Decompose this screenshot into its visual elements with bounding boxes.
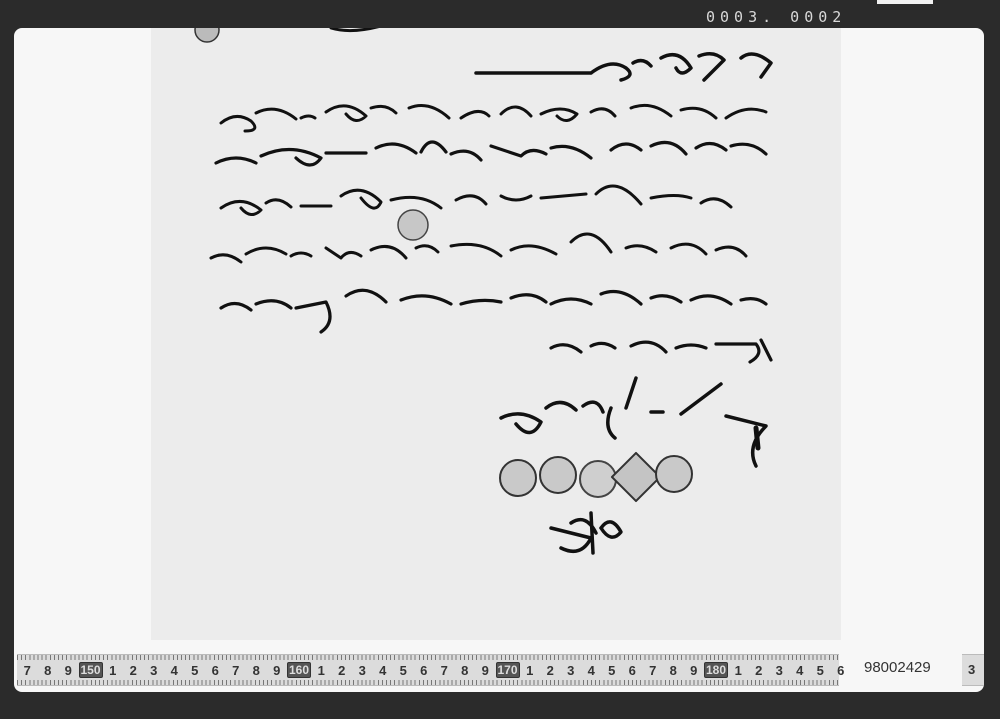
ruler-major-label: 180	[704, 662, 728, 678]
ruler-label: 2	[332, 663, 353, 678]
ruler-label: 6	[414, 663, 435, 678]
ruler-label: 3	[144, 663, 165, 678]
seal-icon	[195, 28, 219, 42]
seal-icon	[612, 453, 660, 501]
ruler-label: 8	[246, 663, 267, 678]
accession-number: 98002429	[864, 659, 931, 676]
ruler-label: 5	[810, 663, 831, 678]
ruler-label: 3	[352, 663, 373, 678]
ruler-label: 9	[58, 663, 79, 678]
ruler-label: 1	[311, 663, 332, 678]
ruler-label: 3	[561, 663, 582, 678]
ruler-label: 1	[728, 663, 749, 678]
ruler-label: 5	[185, 663, 206, 678]
ruler-label: 6	[831, 663, 852, 678]
ruler-label: 8	[38, 663, 59, 678]
ruler-label: 4	[581, 663, 602, 678]
ruler-label: 2	[123, 663, 144, 678]
measurement-ruler: 7 8 9 150 1 2 3 4 5 6 7 8 9 160 1 2 3 4 …	[17, 654, 839, 686]
ruler-label: 5	[393, 663, 414, 678]
seal-icon	[656, 456, 692, 492]
film-edge-tab	[877, 0, 933, 4]
seal-icon	[500, 460, 536, 496]
ruler-label: 9	[475, 663, 496, 678]
ruler-label: 1	[103, 663, 124, 678]
ruler-label: 7	[434, 663, 455, 678]
seal-icon	[398, 210, 428, 240]
ruler-labels: 7 8 9 150 1 2 3 4 5 6 7 8 9 160 1 2 3 4 …	[17, 661, 851, 679]
ruler-ticks-top	[17, 655, 839, 660]
ruler-label: 7	[643, 663, 664, 678]
frame-number: 0003. 0002	[706, 8, 846, 26]
ruler-label: 2	[540, 663, 561, 678]
ruler-label: 7	[17, 663, 38, 678]
ruler-major-label: 170	[496, 662, 520, 678]
ruler-ticks-bottom	[17, 680, 839, 685]
ruler-label: 8	[663, 663, 684, 678]
ruler-label: 9	[267, 663, 288, 678]
ruler-label: 1	[520, 663, 541, 678]
manuscript-page	[151, 28, 841, 640]
ruler-label: 7	[226, 663, 247, 678]
ruler-label: 4	[790, 663, 811, 678]
ruler-label: 5	[602, 663, 623, 678]
seal-icon	[580, 461, 616, 497]
ruler-label: 8	[455, 663, 476, 678]
ruler-label: 6	[205, 663, 226, 678]
ruler-major-label: 160	[287, 662, 311, 678]
secondary-ruler: 3	[962, 654, 984, 686]
ruler-label: 2	[749, 663, 770, 678]
ruler-label: 3	[769, 663, 790, 678]
ruler-label: 4	[373, 663, 394, 678]
scan-card: 7 8 9 150 1 2 3 4 5 6 7 8 9 160 1 2 3 4 …	[14, 28, 984, 692]
ruler-label: 4	[164, 663, 185, 678]
ruler-label: 3	[968, 662, 975, 677]
handwriting-strokes	[151, 28, 841, 640]
ruler-label: 6	[622, 663, 643, 678]
ruler-major-label: 150	[79, 662, 103, 678]
ruler-label: 9	[684, 663, 705, 678]
seal-icon	[540, 457, 576, 493]
